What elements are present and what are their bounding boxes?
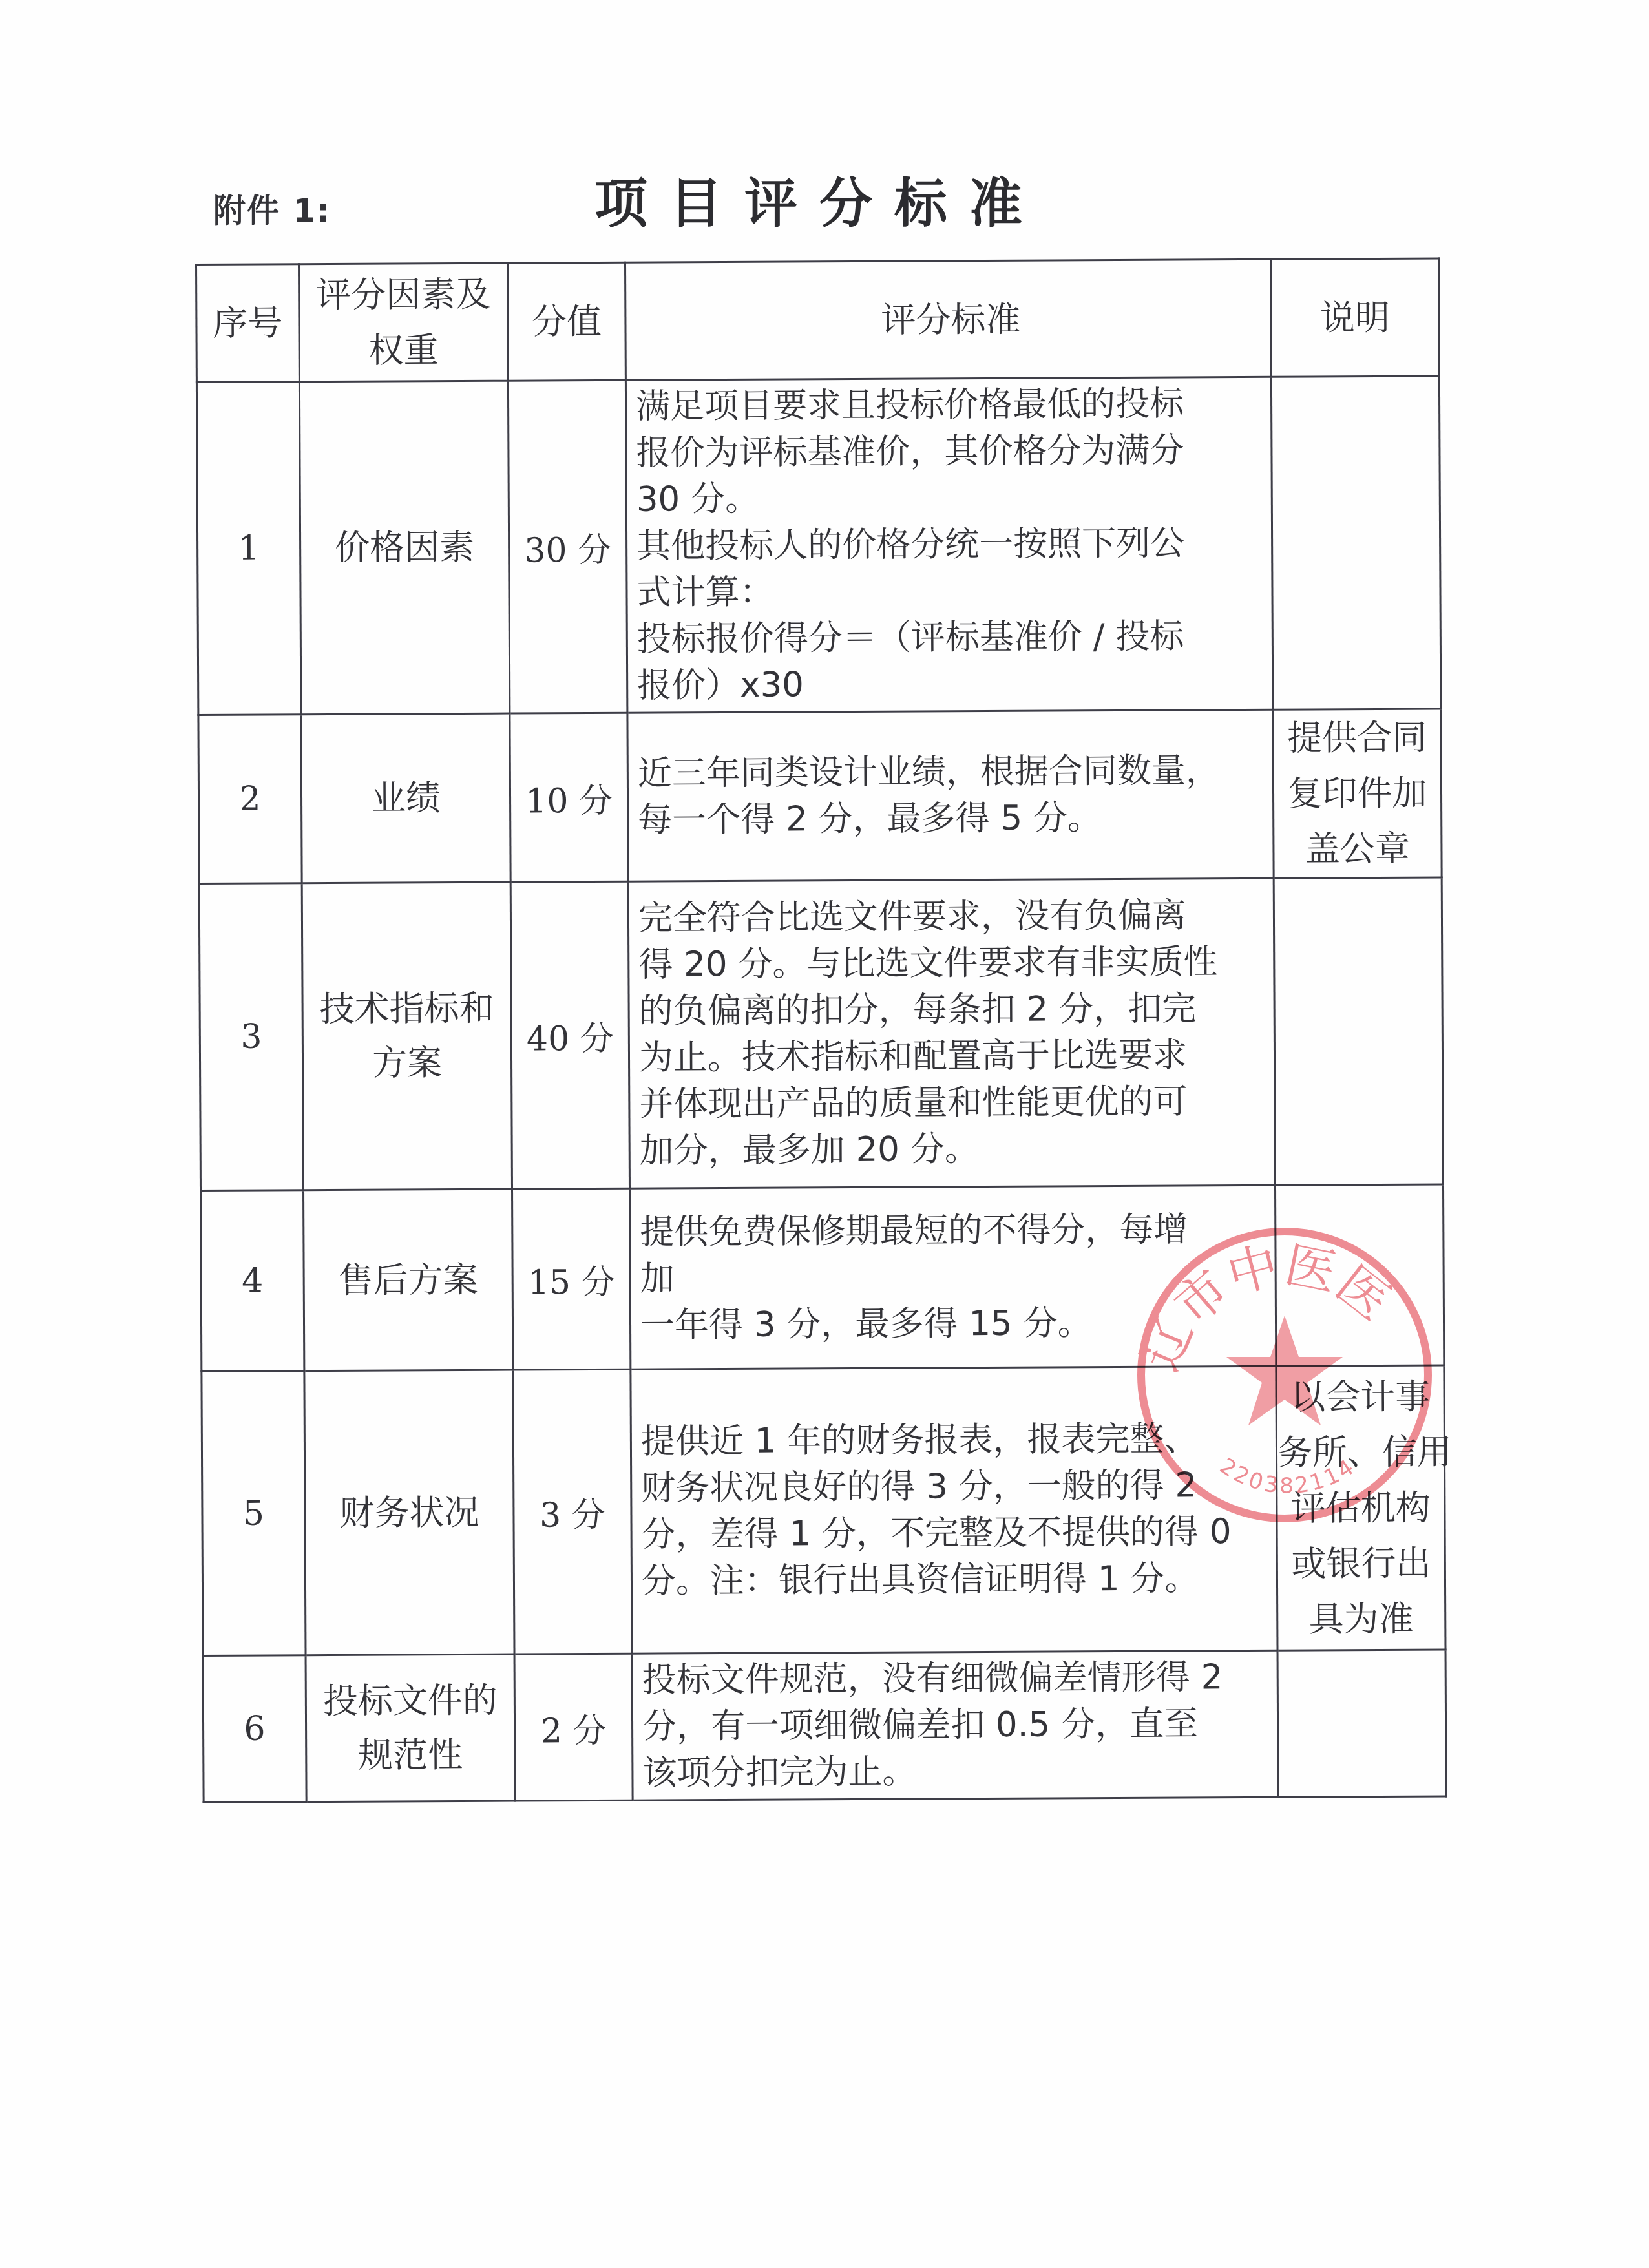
- criteria-line: 投标文件规范，没有细微偏差情形得 2: [642, 1654, 1273, 1704]
- row-number: 2: [198, 715, 302, 884]
- row-score: 40 分: [510, 881, 629, 1189]
- column-header-note: 说明: [1270, 258, 1439, 377]
- row-factor-line: 投标文件的: [307, 1674, 514, 1729]
- row-note: [1271, 376, 1441, 709]
- criteria-line: 为止。技术指标和配置高于比选要求: [639, 1032, 1270, 1082]
- criteria-line: 加: [640, 1252, 1271, 1302]
- criteria-line: 30 分。: [636, 474, 1267, 523]
- table-header-row: 序号 评分因素及 权重 分值 评分标准 说明: [196, 258, 1440, 382]
- table-row: 1 价格因素 30 分 满足项目要求且投标价格最低的投标 报价为评标基准价，其价…: [196, 376, 1440, 715]
- criteria-line: 提供免费保修期最短的不得分，每增: [640, 1206, 1270, 1255]
- row-note: 提供合同 复印件加 盖公章: [1273, 709, 1442, 878]
- row-factor-line: 价格因素: [301, 520, 508, 576]
- row-factor-line: 规范性: [307, 1728, 514, 1783]
- row-number: 1: [196, 382, 301, 715]
- row-criteria: 提供近 1 年的财务报表，报表完整、 财务状况良好的得 3 分，一般的得 2 分…: [631, 1366, 1277, 1654]
- column-header-factor-line: 评分因素及: [300, 266, 507, 323]
- note-line: 以会计事: [1277, 1369, 1443, 1425]
- criteria-line: 提供近 1 年的财务报表，报表完整、: [641, 1415, 1272, 1465]
- table-row: 5 财务状况 3 分 提供近 1 年的财务报表，报表完整、 财务状况良好的得 3…: [202, 1365, 1445, 1655]
- column-header-factor-line: 权重: [300, 322, 507, 379]
- criteria-line: 报价为评标基准价，其价格分为满分: [636, 427, 1266, 477]
- criteria-line: 加分，最多加 20 分。: [640, 1125, 1270, 1175]
- row-criteria: 近三年同类设计业绩，根据合同数量， 每一个得 2 分，最多得 5 分。: [627, 709, 1274, 881]
- row-note: [1275, 1184, 1444, 1366]
- criteria-line: 分，差得 1 分，不完整及不提供的得 0: [641, 1508, 1272, 1558]
- row-criteria: 满足项目要求且投标价格最低的投标 报价为评标基准价，其价格分为满分 30 分。 …: [625, 377, 1273, 713]
- column-header-criteria: 评分标准: [625, 259, 1271, 380]
- note-line: 或银行出: [1278, 1535, 1444, 1591]
- criteria-line: 完全符合比选文件要求，没有负偏离: [638, 892, 1269, 942]
- row-note: [1277, 1650, 1446, 1797]
- row-factor-line: 售后方案: [304, 1252, 511, 1308]
- criteria-line: 其他投标人的价格分统一按照下列公: [636, 520, 1267, 570]
- criteria-line: 分。注：银行出具资信证明得 1 分。: [642, 1555, 1272, 1604]
- attachment-label: 附件 1:: [213, 185, 331, 231]
- column-header-score: 分值: [508, 262, 626, 381]
- row-number: 3: [199, 883, 303, 1191]
- criteria-line: 式计算：: [636, 567, 1267, 616]
- criteria-line: 一年得 3 分，最多得 15 分。: [640, 1299, 1271, 1349]
- row-note: 以会计事 务所、信用 评估机构 或银行出 具为准: [1276, 1365, 1445, 1650]
- scoring-criteria-table: 序号 评分因素及 权重 分值 评分标准 说明 1 价格因素 30 分 满足项目要…: [195, 258, 1447, 1803]
- row-factor: 价格因素: [299, 381, 510, 715]
- row-factor: 财务状况: [304, 1370, 514, 1655]
- table-row: 4 售后方案 15 分 提供免费保修期最短的不得分，每增 加 一年得 3 分，最…: [201, 1184, 1444, 1371]
- criteria-line: 投标报价得分＝（评标基准价 / 投标: [637, 613, 1268, 663]
- criteria-line: 财务状况良好的得 3 分，一般的得 2: [641, 1462, 1272, 1511]
- table-row: 2 业绩 10 分 近三年同类设计业绩，根据合同数量， 每一个得 2 分，最多得…: [198, 709, 1442, 883]
- row-score: 10 分: [510, 713, 628, 882]
- note-line: 务所、信用: [1277, 1424, 1444, 1480]
- note-line: 具为准: [1278, 1591, 1444, 1647]
- note-line: 复印件加: [1274, 766, 1440, 822]
- row-factor: 业绩: [301, 713, 510, 883]
- row-factor-line: 业绩: [302, 771, 509, 826]
- row-number: 6: [203, 1655, 306, 1803]
- row-factor-line: 方案: [304, 1036, 510, 1091]
- table-row: 3 技术指标和 方案 40 分 完全符合比选文件要求，没有负偏离 得 20 分。…: [199, 877, 1443, 1190]
- row-factor: 投标文件的 规范性: [306, 1654, 515, 1802]
- row-number: 4: [201, 1190, 304, 1372]
- row-score: 2 分: [514, 1654, 633, 1801]
- row-note: [1274, 877, 1443, 1185]
- criteria-line: 得 20 分。与比选文件要求有非实质性: [638, 939, 1269, 989]
- row-factor-line: 技术指标和: [303, 982, 510, 1037]
- note-line: 提供合同: [1274, 710, 1440, 766]
- row-score: 3 分: [513, 1369, 632, 1654]
- criteria-line: 满足项目要求且投标价格最低的投标: [636, 381, 1266, 430]
- column-header-no: 序号: [196, 264, 300, 383]
- criteria-line: 的负偏离的扣分，每条扣 2 分，扣完: [638, 985, 1269, 1035]
- criteria-line: 并体现出产品的质量和性能更优的可: [639, 1078, 1270, 1128]
- row-number: 5: [202, 1371, 306, 1656]
- note-line: 评估机构: [1277, 1480, 1444, 1536]
- criteria-line: 报价）x30: [637, 660, 1268, 709]
- page-title: 项目评分标准: [594, 162, 1044, 237]
- row-factor-line: 财务状况: [306, 1485, 512, 1540]
- row-score: 15 分: [512, 1188, 631, 1370]
- note-line: 盖公章: [1274, 821, 1440, 877]
- criteria-line: 分，有一项细微偏差扣 0.5 分，直至: [642, 1701, 1273, 1750]
- row-criteria: 投标文件规范，没有细微偏差情形得 2 分，有一项细微偏差扣 0.5 分，直至 该…: [632, 1650, 1278, 1800]
- criteria-line: 该项分扣完为止。: [642, 1747, 1273, 1797]
- table-row: 6 投标文件的 规范性 2 分 投标文件规范，没有细微偏差情形得 2 分，有一项…: [203, 1650, 1446, 1802]
- row-criteria: 提供免费保修期最短的不得分，每增 加 一年得 3 分，最多得 15 分。: [630, 1185, 1276, 1369]
- row-factor: 售后方案: [304, 1189, 513, 1371]
- row-factor: 技术指标和 方案: [302, 882, 512, 1190]
- criteria-line: 每一个得 2 分，最多得 5 分。: [638, 794, 1268, 844]
- column-header-factor: 评分因素及 权重: [299, 263, 509, 382]
- row-score: 30 分: [508, 380, 627, 713]
- row-criteria: 完全符合比选文件要求，没有负偏离 得 20 分。与比选文件要求有非实质性 的负偏…: [628, 878, 1275, 1188]
- document-page: 附件 1: 项目评分标准 序号 评分因素及 权重 分值 评分标准 说明 1 价格…: [0, 0, 1649, 2268]
- criteria-line: 近三年同类设计业绩，根据合同数量，: [638, 748, 1268, 797]
